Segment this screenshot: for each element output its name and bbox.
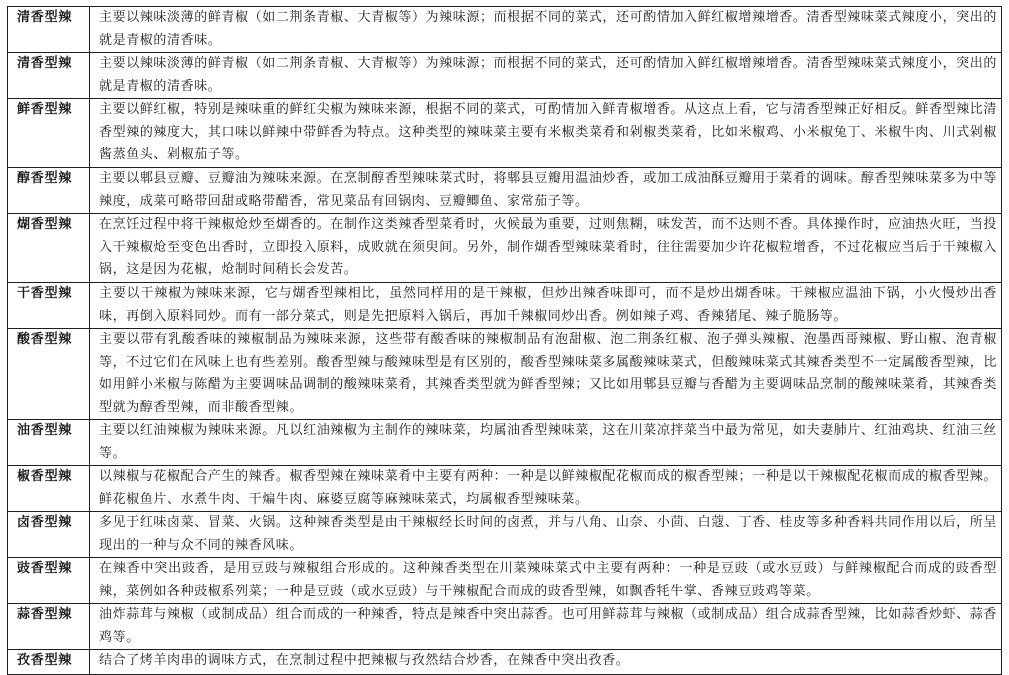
spice-type-name: 酸香型辣 [8, 329, 90, 420]
spice-type-name: 孜香型辣 [8, 650, 90, 675]
spice-type-name: 清香型辣 [8, 7, 90, 53]
spice-type-name: 椒香型辣 [8, 466, 90, 512]
spice-type-description: 多见于红味卤菜、冒菜、火锅。这种辣香类型是由干辣椒经长时间的卤煮，并与八角、山奈… [90, 512, 1002, 558]
spice-type-description: 主要以干辣椒为辣味来源，它与煳香型辣相比，虽然同样用的是干辣椒，但炒出辣香味即可… [90, 283, 1002, 329]
spice-type-description: 主要以带有乳酸香味的辣椒制品为辣味来源，这些带有酸香味的辣椒制品有泡甜椒、泡二荆… [90, 329, 1002, 420]
spice-type-description: 主要以鲜红椒，特别是辣味重的鲜红尖椒为辣味来源，根据不同的菜式，可酌情加入鲜青椒… [90, 99, 1002, 168]
spice-type-name: 干香型辣 [8, 283, 90, 329]
table-row: 酸香型辣 主要以带有乳酸香味的辣椒制品为辣味来源，这些带有酸香味的辣椒制品有泡甜… [8, 329, 1002, 420]
table-row: 煳香型辣 在烹饪过程中将干辣椒炝炒至煳香的。在制作这类辣香型菜肴时，火候最为重要… [8, 214, 1002, 283]
table-row: 清香型辣 主要以辣味淡薄的鲜青椒（如二荆条青椒、大青椒等）为辣味源；而根据不同的… [8, 53, 1002, 99]
spice-type-description: 主要以郫县豆瓣、豆瓣油为辣味来源。在烹制醇香型辣味菜式时，将郫县豆瓣用温油炒香，… [90, 168, 1002, 214]
table-row: 清香型辣 主要以辣味淡薄的鲜青椒（如二荆条青椒、大青椒等）为辣味源；而根据不同的… [8, 7, 1002, 53]
spice-type-description: 结合了烤羊肉串的调味方式，在烹制过程中把辣椒与孜然结合炒香，在辣香中突出孜香。 [90, 650, 1002, 675]
spice-type-description: 主要以辣味淡薄的鲜青椒（如二荆条青椒、大青椒等）为辣味源；而根据不同的菜式，还可… [90, 53, 1002, 99]
spice-type-description: 主要以红油辣椒为辣味来源。凡以红油辣椒为主制作的辣味菜，均属油香型辣味菜，这在川… [90, 420, 1002, 466]
spice-type-description: 油炸蒜茸与辣椒（或制成品）组合而成的一种辣香，特点是辣香中突出蒜香。也可用鲜蒜茸… [90, 604, 1002, 650]
table-row: 油香型辣 主要以红油辣椒为辣味来源。凡以红油辣椒为主制作的辣味菜，均属油香型辣味… [8, 420, 1002, 466]
table-row: 卤香型辣 多见于红味卤菜、冒菜、火锅。这种辣香类型是由干辣椒经长时间的卤煮，并与… [8, 512, 1002, 558]
spice-type-name: 豉香型辣 [8, 558, 90, 604]
spice-type-description: 在烹饪过程中将干辣椒炝炒至煳香的。在制作这类辣香型菜肴时，火候最为重要，过则焦糊… [90, 214, 1002, 283]
spice-type-description: 在辣香中突出豉香，是用豆豉与辣椒组合形成的。这种辣香类型在川菜辣味菜式中主要有两… [90, 558, 1002, 604]
table-row: 豉香型辣 在辣香中突出豉香，是用豆豉与辣椒组合形成的。这种辣香类型在川菜辣味菜式… [8, 558, 1002, 604]
table-row: 孜香型辣 结合了烤羊肉串的调味方式，在烹制过程中把辣椒与孜然结合炒香，在辣香中突… [8, 650, 1002, 675]
spice-type-description: 主要以辣味淡薄的鲜青椒（如二荆条青椒、大青椒等）为辣味源；而根据不同的菜式，还可… [90, 7, 1002, 53]
spice-type-name: 蒜香型辣 [8, 604, 90, 650]
spice-type-name: 鲜香型辣 [8, 99, 90, 168]
spice-type-name: 煳香型辣 [8, 214, 90, 283]
table-row: 蒜香型辣 油炸蒜茸与辣椒（或制成品）组合而成的一种辣香，特点是辣香中突出蒜香。也… [8, 604, 1002, 650]
spice-type-name: 卤香型辣 [8, 512, 90, 558]
spice-types-table: 清香型辣 主要以辣味淡薄的鲜青椒（如二荆条青椒、大青椒等）为辣味源；而根据不同的… [7, 6, 1002, 675]
table-row: 鲜香型辣 主要以鲜红椒，特别是辣味重的鲜红尖椒为辣味来源，根据不同的菜式，可酌情… [8, 99, 1002, 168]
spice-type-name: 醇香型辣 [8, 168, 90, 214]
table-row: 椒香型辣 以辣椒与花椒配合产生的辣香。椒香型辣在辣味菜肴中主要有两种：一种是以鲜… [8, 466, 1002, 512]
table-row: 醇香型辣 主要以郫县豆瓣、豆瓣油为辣味来源。在烹制醇香型辣味菜式时，将郫县豆瓣用… [8, 168, 1002, 214]
spice-type-description: 以辣椒与花椒配合产生的辣香。椒香型辣在辣味菜肴中主要有两种：一种是以鲜辣椒配花椒… [90, 466, 1002, 512]
spice-type-name: 清香型辣 [8, 53, 90, 99]
spice-type-name: 油香型辣 [8, 420, 90, 466]
table-row: 干香型辣 主要以干辣椒为辣味来源，它与煳香型辣相比，虽然同样用的是干辣椒，但炒出… [8, 283, 1002, 329]
